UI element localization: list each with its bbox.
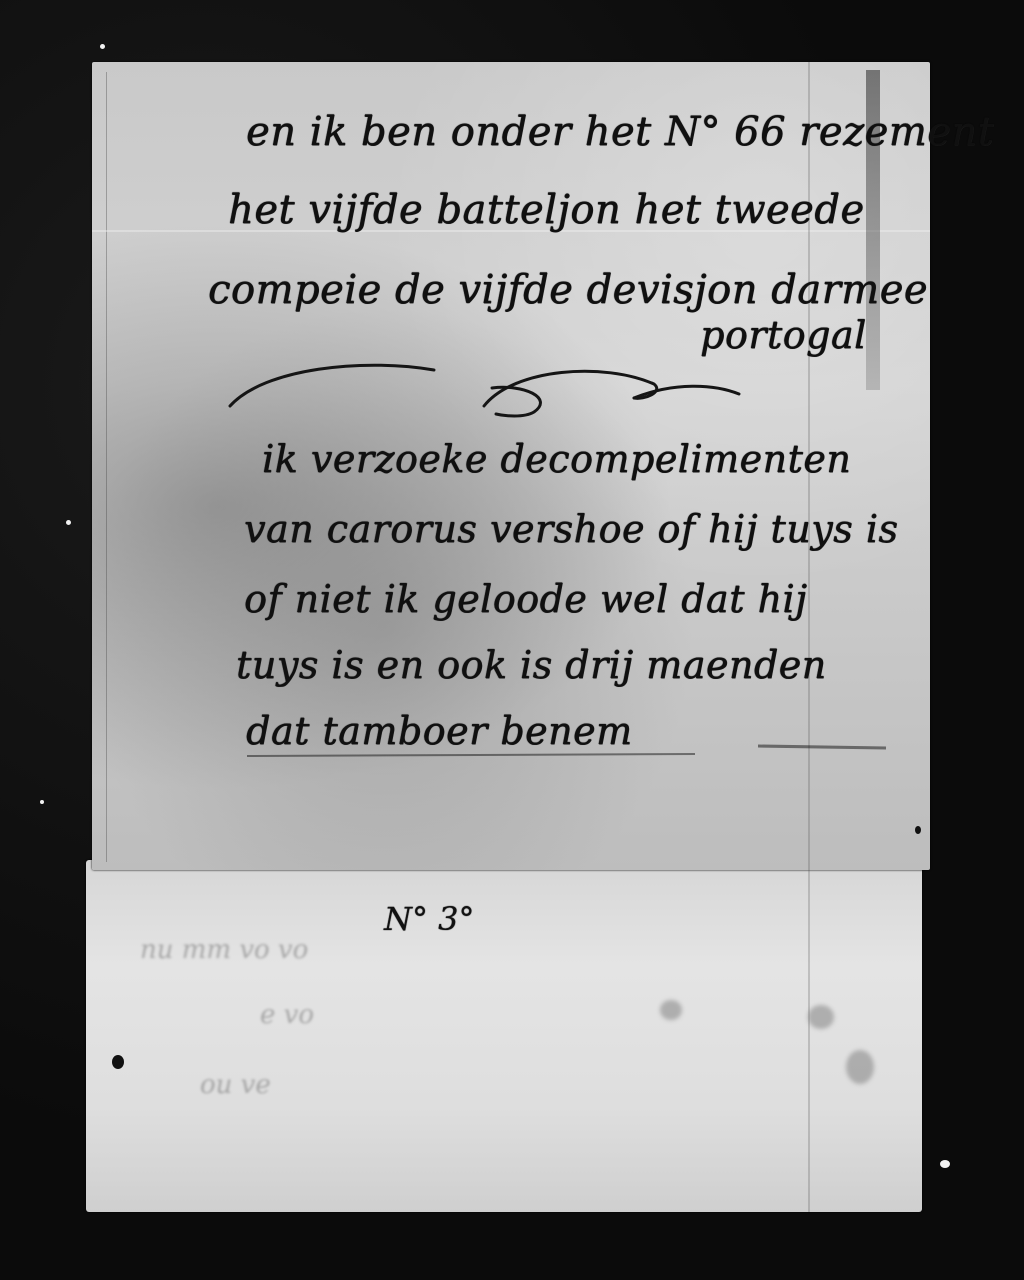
bleed-through-text: nu mm vo vo (140, 935, 308, 965)
page-number-label: N° 3° (384, 900, 475, 938)
stain (808, 1005, 834, 1029)
text-line-3: compeie de vijfde devisjon darmee (208, 270, 928, 310)
text-line-1: en ik ben onder het N° 66 rezement (246, 112, 994, 152)
dust-speck (40, 800, 44, 804)
stain (660, 1000, 682, 1020)
pen-stroke (756, 738, 896, 754)
bleed-through-text: ou ve (200, 1070, 271, 1100)
ink-blot (915, 826, 921, 834)
flourish-divider (224, 348, 824, 428)
underline-stroke (245, 750, 705, 760)
text-line-9: dat tamboer benem (246, 712, 633, 750)
text-line-8: tuys is en ook is drij maenden (236, 646, 827, 684)
fold-line (808, 62, 810, 1212)
text-line-7: of niet ik geloode wel dat hij (244, 580, 807, 618)
dust-speck (940, 1160, 950, 1168)
text-line-2: het vijfde batteljon het tweede (228, 190, 865, 230)
stain (846, 1050, 874, 1084)
bleed-through-text: e vo (260, 1000, 314, 1030)
ink-blot (112, 1055, 124, 1069)
dust-speck (66, 520, 71, 525)
text-line-5: ik verzoeke decompelimenten (262, 440, 851, 478)
document-scan: nu mm vo vo e vo ou ve en ik ben onder h… (0, 0, 1024, 1280)
back-sheet (86, 860, 922, 1212)
text-line-6: van carorus vershoe of hij tuys is (244, 510, 898, 548)
dust-speck (100, 44, 105, 49)
